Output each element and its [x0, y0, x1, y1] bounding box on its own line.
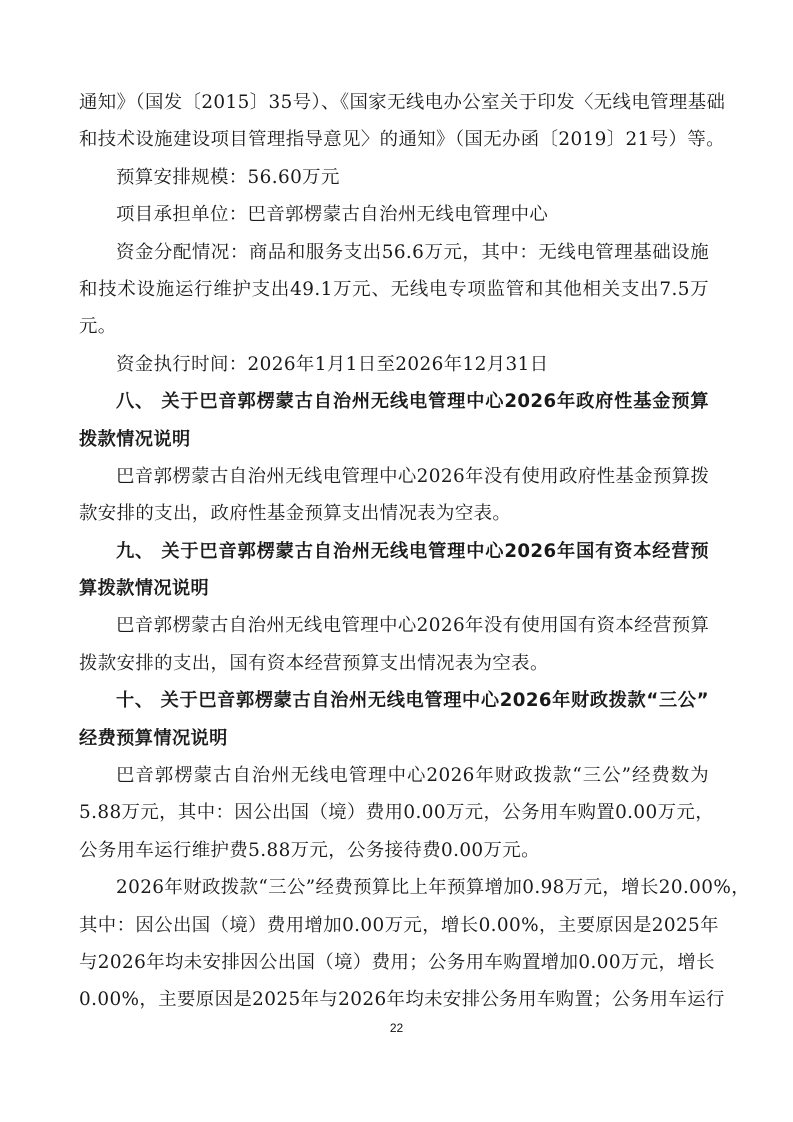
section-heading-9: 九、 关于巴音郭楞蒙古自治州无线电管理中心2026年国有资本经营预 [79, 533, 709, 570]
section-heading-10-cont: 经费预算情况说明 [79, 720, 709, 757]
paragraph: 巴音郭楞蒙古自治州无线电管理中心2026年没有使用政府性基金预算拨 [79, 458, 709, 495]
text-line: 拨款安排的支出，国有资本经营预算支出情况表为空表。 [79, 645, 709, 682]
fund-allocation: 资金分配情况：商品和服务支出56.6万元，其中：无线电管理基础设施 [79, 234, 709, 271]
text-line: 与2026年均未安排因公出国（境）费用；公务用车购置增加0.00万元，增长 [79, 944, 709, 981]
project-unit: 项目承担单位：巴音郭楞蒙古自治州无线电管理中心 [79, 196, 709, 233]
section-heading-9-cont: 算拨款情况说明 [79, 570, 709, 607]
section-heading-10: 十、 关于巴音郭楞蒙古自治州无线电管理中心2026年财政拨款“三公” [79, 682, 709, 719]
paragraph: 巴音郭楞蒙古自治州无线电管理中心2026年财政拨款“三公”经费数为 [79, 757, 709, 794]
text-line: 公务用车运行维护费5.88万元，公务接待费0.00万元。 [79, 832, 709, 869]
budget-scale: 预算安排规模：56.60万元 [79, 159, 709, 196]
text-line: 5.88万元，其中：因公出国（境）费用0.00万元，公务用车购置0.00万元， [79, 794, 709, 831]
text-line: 0.00%，主要原因是2025年与2026年均未安排公务用车购置；公务用车运行 [79, 981, 709, 1018]
fund-execution-time: 资金执行时间：2026年1月1日至2026年12月31日 [79, 346, 709, 383]
paragraph: 巴音郭楞蒙古自治州无线电管理中心2026年没有使用国有资本经营预算 [79, 607, 709, 644]
text-line: 其中：因公出国（境）费用增加0.00万元，增长0.00%，主要原因是2025年 [79, 907, 709, 944]
section-heading-8-cont: 拨款情况说明 [79, 421, 709, 458]
text-line: 和技术设施运行维护支出49.1万元、无线电专项监管和其他相关支出7.5万 [79, 271, 709, 308]
section-heading-8: 八、 关于巴音郭楞蒙古自治州无线电管理中心2026年政府性基金预算 [79, 383, 709, 420]
text-line: 款安排的支出，政府性基金预算支出情况表为空表。 [79, 495, 709, 532]
text-line: 和技术设施建设项目管理指导意见〉的通知》（国无办函〔2019〕21号）等。 [79, 121, 709, 158]
text-line: 通知》（国发〔2015〕35号）、《国家无线电办公室关于印发〈无线电管理基础 [79, 84, 709, 121]
paragraph: 2026年财政拨款“三公”经费预算比上年预算增加0.98万元，增长20.00%， [79, 869, 709, 906]
page-number: 22 [0, 1021, 793, 1035]
text-line: 元。 [79, 308, 709, 345]
document-body: 通知》（国发〔2015〕35号）、《国家无线电办公室关于印发〈无线电管理基础 和… [79, 84, 709, 1019]
